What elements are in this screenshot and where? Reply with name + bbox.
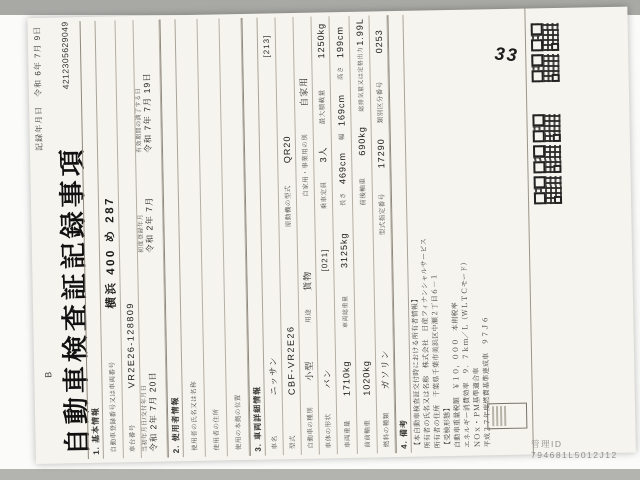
length-value: 469cm [332, 152, 352, 184]
photo-background-bottom-band [0, 469, 640, 480]
rotated-document: B 記録年月日 令和 6年 7月 9日 自動車検査証記録事項 421230562… [36, 18, 636, 464]
height-label: 高さ [330, 66, 349, 80]
section-user-info: 2. 使用者情報 使用者の氏名又は名称 使用者の住所 使用の本拠の位置 [159, 18, 249, 457]
category-label: 自動車の種別 [301, 407, 319, 449]
weight-value: 1710kg [336, 360, 356, 396]
private-business-value: 自家用 [295, 77, 313, 107]
private-business-label: 自家用・事業用の別 [296, 134, 314, 197]
corner-mark: B [43, 372, 53, 378]
displacement-label: 総排気量又は定格出力 [350, 47, 370, 112]
issue-date-field: 当初年月日/交付年月日 令和 2年 7月 20日 [141, 371, 159, 452]
qr-code [533, 145, 562, 174]
front-front-axle-label: 前前軸重 [357, 419, 377, 447]
width-value: 169cm [331, 94, 351, 126]
handwritten-mark: 33 [494, 43, 520, 66]
section-remarks: 4. 備考 【本自動車検査証交付時における所有者情報】 所有者の氏名又は名称 株… [387, 13, 499, 453]
right-code: [213] [258, 35, 275, 58]
classification-label: 類別区分番号 [371, 81, 389, 123]
weight-label: 車両重量 [337, 420, 357, 448]
capacity-label: 乗車定員 [315, 181, 333, 209]
fuel-label: 燃料の種類 [377, 412, 395, 447]
qr-eye-icon [553, 165, 561, 173]
qr-code [531, 23, 560, 52]
registration-number-label: 自動車登録番号又は車両番号 [102, 361, 123, 452]
capacity-value: 3人 [314, 146, 331, 162]
footer-stamp-box [487, 403, 527, 430]
car-name-value: ニッサン [264, 356, 282, 396]
width-label: 幅 [332, 133, 351, 140]
user-name-label: 使用者の氏名又は名称 [182, 381, 204, 451]
qr-eye-icon [552, 74, 560, 82]
model-value: CBF-VR2E26 [281, 325, 299, 395]
document-number: 4212305629049 [60, 21, 71, 89]
scan-photo: { "scan": { "handwritten_mark": "33", "o… [0, 0, 640, 480]
qr-eye-icon [554, 196, 562, 204]
registration-number-value: 横浜 400 め 287 [99, 196, 120, 309]
remarks-text-block: 【本自動車検査証交付時における所有者情報】 所有者の氏名又は名称 株式会社 日産… [403, 13, 499, 453]
car-name-label: 車名 [265, 435, 282, 449]
category-value: 小型 [300, 361, 317, 381]
qr-code-row [530, 8, 571, 455]
gross-weight-label: 車両総重量 [335, 295, 355, 328]
type-designation-label: 型式指定番号 [373, 193, 391, 235]
body-shape-value: バン [318, 368, 335, 388]
front-rear-axle-value: 690kg [352, 126, 372, 156]
fuel-value: ガソリン [376, 349, 394, 389]
management-id-overlay: 管理ID 794681L5012J12 [531, 438, 640, 460]
user-address-label: 使用者の住所 [205, 408, 227, 450]
body-shape-code: [021] [316, 248, 333, 271]
type-designation-value: 17290 [372, 138, 390, 168]
front-front-axle-value: 1020kg [356, 360, 376, 396]
record-date: 記録年月日 令和 6年 7月 9日 [32, 26, 45, 151]
model-label: 型式 [283, 435, 300, 449]
classification-value: 0253 [370, 29, 387, 53]
body-shape-label: 車体の形状 [319, 413, 337, 448]
front-rear-axle-label: 前後軸重 [353, 178, 373, 206]
chassis-number-label: 車台番号 [123, 424, 141, 452]
engine-model-label: 原動機の型式 [279, 185, 297, 227]
gross-weight-value: 3125kg [334, 232, 354, 268]
expiry-date-field: 有効期間の満了する日 令和 7年 7月 19日 [136, 72, 154, 153]
qr-eye-icon [553, 134, 561, 142]
document-sections: 1. 基本情報 自動車登録番号又は車両番号 横浜 400 め 287 車台番号 … [80, 13, 500, 459]
inspection-certificate-page: B 記録年月日 令和 6年 7月 9日 自動車検査証記録事項 421230562… [27, 7, 635, 464]
qr-code [532, 114, 561, 143]
first-registration-field: 初度登録年月 令和 2年 7月 [138, 196, 156, 252]
displacement-value: 1.99L [350, 18, 370, 46]
use-value: 貨物 [298, 271, 315, 291]
max-load-label: 最大積載量 [313, 89, 331, 124]
section-basic-info: 1. 基本情報 自動車登録番号又は車両番号 横浜 400 め 287 車台番号 … [80, 20, 168, 459]
qr-code [534, 176, 563, 205]
qr-eye-icon [551, 43, 559, 51]
qr-code [531, 54, 560, 83]
height-value: 199cm [330, 26, 350, 58]
engine-model-value: QR20 [278, 135, 296, 163]
max-load-value: 1250kg [312, 23, 330, 59]
base-location-label: 使用の本拠の位置 [227, 394, 249, 450]
length-label: 長さ [333, 192, 352, 206]
use-label: 用途 [299, 309, 316, 323]
chassis-number-value: VR2E26-128809 [121, 302, 140, 388]
section-vehicle-details: 3. 車両詳細情報 車名 ニッサン [213] 型式 CBF-VR2E26 原動… [241, 15, 395, 456]
